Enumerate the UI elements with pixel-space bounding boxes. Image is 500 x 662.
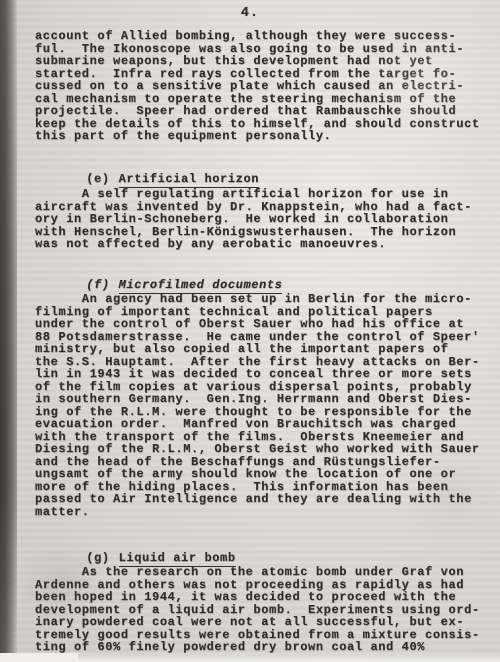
paragraph-microfilmed-documents: An agency had been set up in Berlin for … [35,293,480,518]
paragraph-artificial-horizon: A self regulating artificial horizon for… [35,188,472,251]
scan-edge-shadow [0,0,17,653]
paragraph-liquid-air-bomb: As the research on the atomic bomb under… [35,566,480,654]
scan-bottom-left-highlight [0,653,78,662]
paragraph-ikonoscope-continuation: account of Allied bombing, although they… [35,30,480,143]
scanned-document-page: 4. account of Allied bombing, although t… [0,0,500,662]
section-label-e: (e) [86,172,109,186]
section-label-f: (f) [86,278,109,292]
section-label-g: (g) [86,551,109,565]
page-number: 4. [0,6,500,21]
section-title-artificial-horizon: Artificial horizon [119,172,259,188]
